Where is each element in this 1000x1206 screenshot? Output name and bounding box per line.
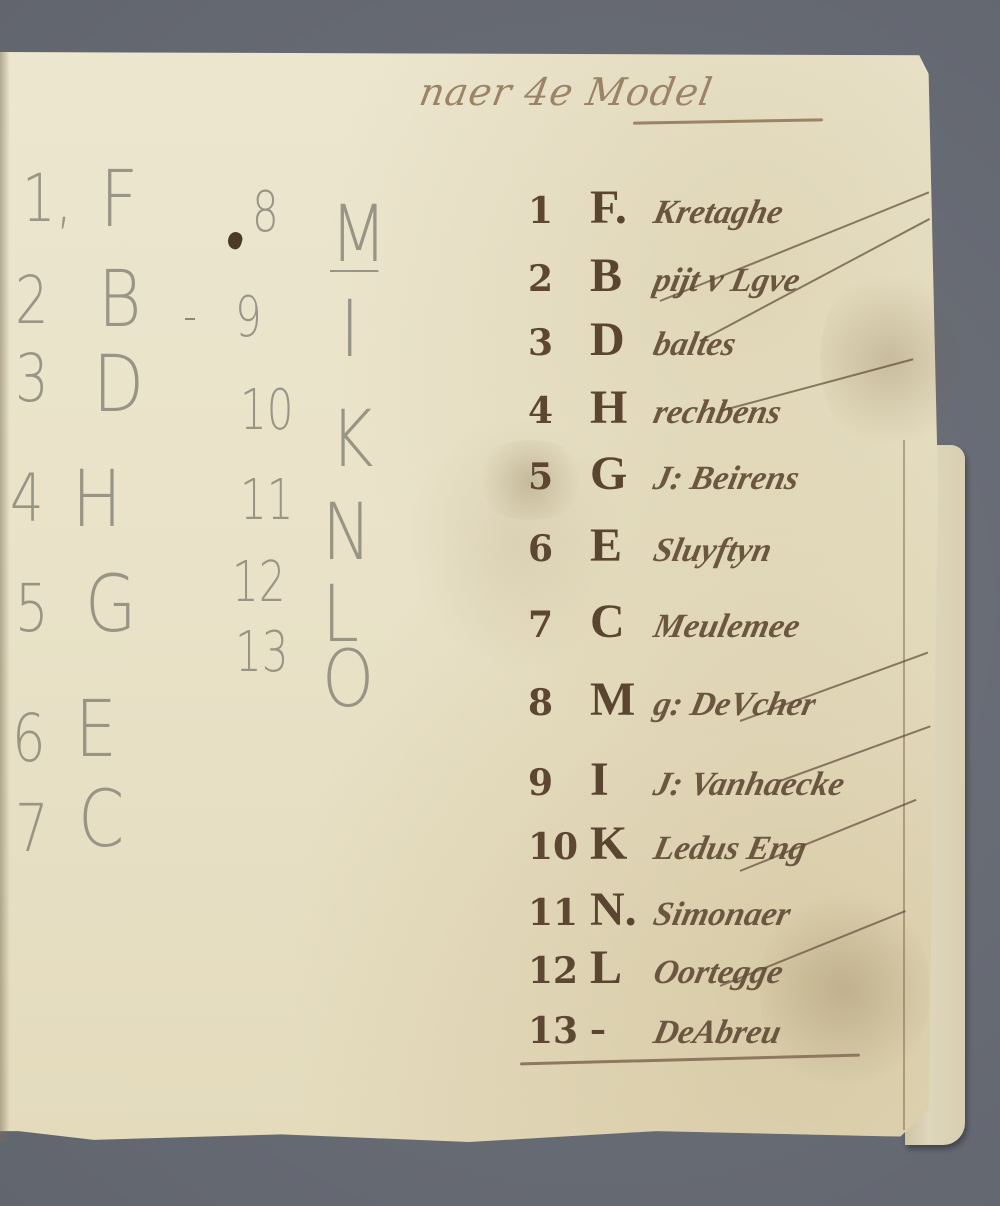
list-item: 7 C Meulemee — [520, 594, 799, 650]
list-item: 9 I J: Vanhaecke — [520, 752, 844, 808]
item-number: 2 — [520, 258, 590, 300]
item-name: J: Vanhaecke — [650, 766, 848, 804]
item-number: 6 — [520, 528, 590, 570]
item-number: 7 — [520, 604, 590, 646]
item-letter: K — [590, 816, 654, 871]
pencil-dash — [185, 318, 195, 320]
item-letter: F. — [590, 180, 654, 235]
item-name: DeAbreu — [650, 1014, 785, 1052]
item-name: Ledus Eng — [650, 830, 810, 868]
list-item: 8 M g: DeVcher — [520, 672, 815, 728]
pencil-letter: N — [322, 488, 372, 578]
item-number: 11 — [520, 892, 590, 934]
item-letter: C — [590, 594, 654, 649]
item-letter: N. — [590, 882, 654, 937]
item-letter: L — [590, 940, 654, 995]
pencil-number: 12 — [232, 550, 285, 615]
pencil-letter: C — [78, 775, 124, 865]
pencil-number: 5 — [15, 570, 49, 647]
item-number: 3 — [520, 322, 590, 364]
pencil-letter: I — [340, 285, 360, 375]
pencil-letter: F — [100, 155, 138, 245]
paper-stain — [820, 260, 960, 460]
pencil-number: 2 — [15, 262, 49, 339]
pencil-number: 1, — [22, 160, 72, 237]
item-name: g: DeVcher — [650, 686, 820, 724]
list-item: 11 N. Simonaer — [520, 882, 790, 938]
pencil-letter: D — [93, 340, 144, 430]
pencil-letter: H — [72, 455, 122, 545]
item-number: 10 — [520, 826, 590, 868]
pencil-letter: E — [75, 685, 117, 775]
item-number: 12 — [520, 950, 590, 992]
item-number: 9 — [520, 762, 590, 804]
item-number: 13 — [520, 1010, 590, 1052]
item-name: Simonaer — [650, 896, 794, 934]
item-letter: - — [590, 1000, 654, 1055]
pencil-number: 9 — [235, 285, 262, 350]
pencil-letter: O — [322, 635, 374, 725]
list-item: 13 - DeAbreu — [520, 1000, 781, 1056]
item-letter: H — [590, 380, 654, 435]
pencil-letter: M — [330, 190, 387, 280]
pencil-letter: K — [330, 395, 373, 485]
item-name: Sluyftyn — [650, 532, 775, 570]
pencil-number: 6 — [12, 700, 46, 777]
pencil-number: 13 — [235, 620, 288, 685]
pencil-number: 3 — [15, 340, 49, 417]
item-name: Kretaghe — [650, 194, 787, 232]
item-letter: B — [590, 248, 654, 303]
pencil-number: 8 — [252, 180, 279, 245]
page-binding-edge — [0, 52, 10, 1142]
item-letter: D — [590, 312, 654, 367]
item-name: baltes — [650, 326, 739, 364]
pencil-letter: B — [98, 255, 141, 345]
item-number: 8 — [520, 682, 590, 724]
pencil-number: 4 — [10, 460, 44, 537]
item-letter: M — [590, 672, 654, 727]
list-item: 5 G J: Beirens — [520, 446, 799, 502]
item-letter: I — [590, 752, 654, 807]
list-item: 10 K Ledus Eng — [520, 816, 806, 872]
pencil-letter: G — [85, 560, 136, 650]
pencil-number: 7 — [15, 790, 49, 867]
item-number: 4 — [520, 390, 590, 432]
list-item: 1 F. Kretaghe — [520, 180, 782, 236]
item-letter: G — [590, 446, 654, 501]
header-note: naer 4e Model — [416, 70, 716, 114]
list-item: 12 L Oortegge — [520, 940, 782, 996]
item-name: Oortegge — [650, 954, 786, 992]
item-letter: E — [590, 518, 654, 573]
item-number: 1 — [520, 190, 590, 232]
pencil-number: 11 — [240, 468, 293, 533]
item-number: 5 — [520, 456, 590, 498]
item-name: J: Beirens — [650, 460, 803, 498]
pencil-number: 10 — [240, 378, 293, 443]
list-item: 6 E Sluyftyn — [520, 518, 771, 574]
list-item: 2 B pijt v Lgve — [520, 248, 799, 304]
item-name: Meulemee — [650, 608, 803, 646]
list-item: 4 H rechbens — [520, 380, 781, 436]
